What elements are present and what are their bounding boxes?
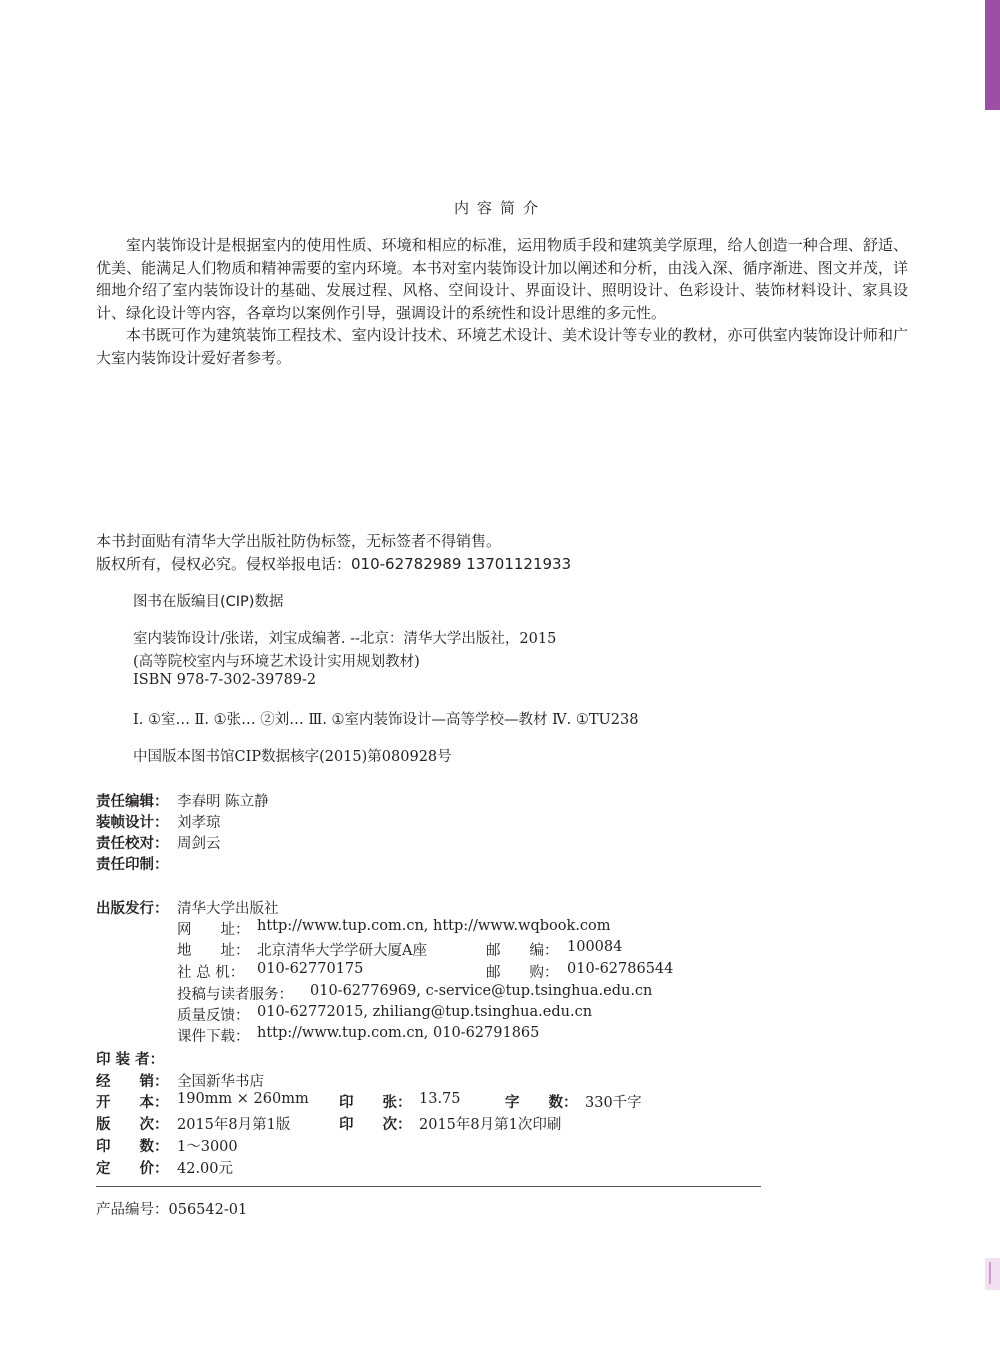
feedback-value[interactable]: 010-62772015, zhiliang@tup.tsinghua.edu.…	[257, 1004, 592, 1020]
printer-label: 印 装 者：	[96, 1048, 164, 1069]
distributor-label: 经 销：	[96, 1070, 169, 1091]
edition-value: 2015年8月第1版	[177, 1113, 290, 1134]
summary-body: 室内装饰设计是根据室内的使用性质、环境和相应的标准，运用物质手段和建筑美学原理，…	[96, 234, 908, 369]
credit-label: 装帧设计：	[96, 811, 169, 832]
website-link[interactable]: http://www.tup.com.cn, http://www.wqbook…	[257, 918, 610, 934]
address-value: 北京清华大学学研大厦A座	[257, 939, 427, 960]
page-edge-marker	[985, 1258, 1000, 1290]
chapter-tab-marker	[985, 0, 1000, 110]
feedback-label: 质量反馈：	[177, 1004, 250, 1025]
print-run-value: 1～3000	[177, 1135, 238, 1156]
mail-order-label: 邮 购：	[486, 961, 559, 982]
sheets-label: 印 张：	[339, 1091, 412, 1112]
edition-label: 版 次：	[96, 1113, 169, 1134]
anti-counterfeit-notice: 本书封面贴有清华大学出版社防伪标签，无标签者不得销售。	[96, 530, 501, 551]
product-code: 产品编号：056542-01	[96, 1198, 247, 1219]
credit-label: 责任印制：	[96, 853, 169, 874]
copyright-notice: 版权所有，侵权必究。侵权举报电话：010-62782989 1370112193…	[96, 553, 571, 574]
courseware-value[interactable]: http://www.tup.com.cn, 010-62791865	[257, 1025, 539, 1041]
words-value: 330千字	[585, 1091, 642, 1112]
cip-classification: Ⅰ. ①室… Ⅱ. ①张… ②刘… Ⅲ. ①室内装饰设计—高等学校—教材 Ⅳ. …	[133, 708, 638, 729]
publisher-label: 出版发行：	[96, 897, 169, 918]
print-run-label: 印 数：	[96, 1135, 169, 1156]
summary-title: 内容简介	[0, 197, 1000, 218]
distributor-value: 全国新华书店	[177, 1070, 264, 1091]
divider	[96, 1186, 761, 1187]
cip-isbn: ISBN 978-7-302-39789-2	[133, 672, 316, 688]
printing-value: 2015年8月第1次印刷	[419, 1113, 561, 1134]
sheets-value: 13.75	[419, 1091, 461, 1107]
cip-line: 室内装饰设计/张诺，刘宝成编著. --北京：清华大学出版社，2015	[133, 627, 556, 648]
format-label: 开 本：	[96, 1091, 169, 1112]
address-label: 地 址：	[177, 939, 250, 960]
publisher-name: 清华大学出版社	[177, 897, 279, 918]
format-value: 190mm × 260mm	[177, 1091, 309, 1107]
reader-service-value[interactable]: 010-62776969, c-service@tup.tsinghua.edu…	[310, 983, 652, 999]
credit-value: 刘孝琼	[177, 811, 221, 832]
price-value: 42.00元	[177, 1157, 233, 1178]
credit-value: 李春明 陈立静	[177, 790, 269, 811]
words-label: 字 数：	[505, 1091, 578, 1112]
courseware-label: 课件下载：	[177, 1025, 250, 1046]
reader-service-label: 投稿与读者服务：	[177, 983, 293, 1004]
summary-paragraph: 室内装饰设计是根据室内的使用性质、环境和相应的标准，运用物质手段和建筑美学原理，…	[96, 234, 908, 324]
credit-label: 责任编辑：	[96, 790, 169, 811]
postcode-label: 邮 编：	[486, 939, 559, 960]
cip-record: 中国版本图书馆CIP数据核字(2015)第080928号	[133, 745, 452, 766]
credit-value: 周剑云	[177, 832, 221, 853]
switchboard-label: 社 总 机：	[177, 961, 244, 982]
cip-series: (高等院校室内与环境艺术设计实用规划教材)	[133, 650, 420, 671]
summary-paragraph: 本书既可作为建筑装饰工程技术、室内设计技术、环境艺术设计、美术设计等专业的教材，…	[96, 324, 908, 369]
price-label: 定 价：	[96, 1157, 169, 1178]
cip-heading: 图书在版编目(CIP)数据	[133, 590, 283, 611]
switchboard-value: 010-62770175	[257, 961, 363, 977]
credit-label: 责任校对：	[96, 832, 169, 853]
postcode-value: 100084	[567, 939, 622, 955]
edge-streak	[989, 1262, 991, 1284]
printing-label: 印 次：	[339, 1113, 412, 1134]
website-label: 网 址：	[177, 918, 250, 939]
mail-order-value: 010-62786544	[567, 961, 673, 977]
